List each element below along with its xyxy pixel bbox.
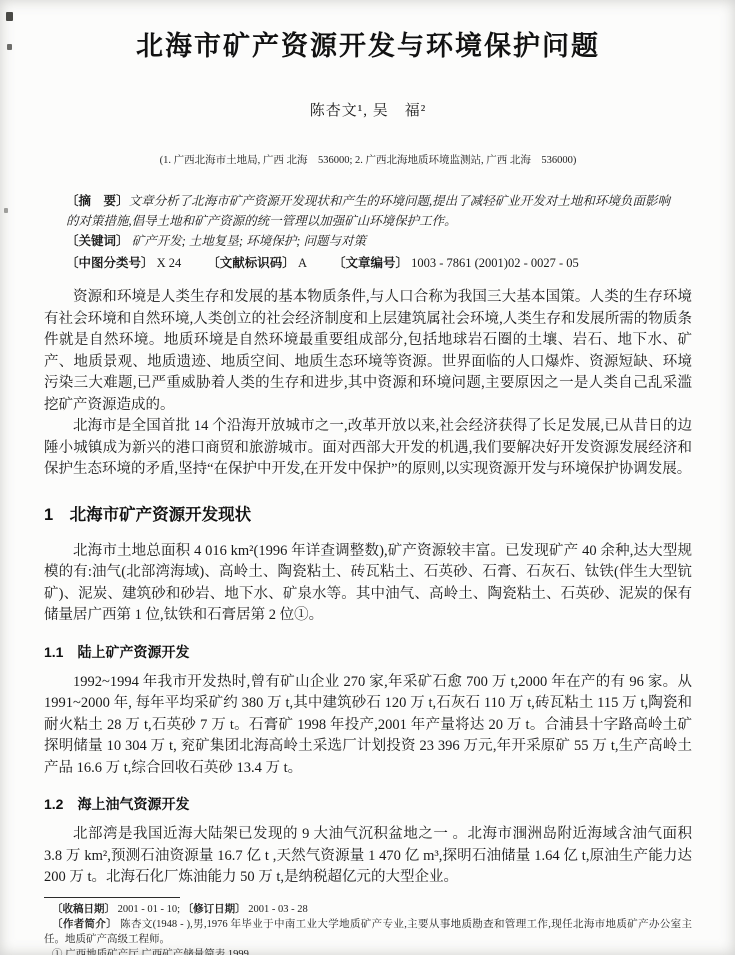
received-date-label: 〔收稿日期〕 xyxy=(52,903,115,915)
author-bio-text: 陈杏文(1948 - ),男,1976 年毕业于中南工业大学地质矿产专业,主要从… xyxy=(44,919,692,945)
classification-row: 〔中图分类号〕 X 24〔文献标识码〕 A〔文章编号〕 1003 - 7861 … xyxy=(66,253,670,273)
author-bio-line: 〔作者简介〕 陈杏文(1948 - ),男,1976 年毕业于中南工业大学地质矿… xyxy=(44,917,692,947)
subsection-heading-1-1: 1.1 陆上矿产资源开发 xyxy=(44,642,692,662)
doc-code-label: 〔文献标识码〕 xyxy=(207,256,295,270)
authors-line: 陈杏文¹, 吴 福² xyxy=(44,99,692,120)
intro-paragraph-1: 资源和环境是人类生存和发展的基本物质条件,与人口合称为我国三大基本国策。人类的生… xyxy=(44,287,692,416)
subsection-1-1-paragraph: 1992~1994 年我市开发热时,曾有矿山企业 270 家,年采矿石愈 700… xyxy=(44,672,692,780)
received-date-value: 2001 - 01 - 10; xyxy=(118,904,180,915)
subsection-1-1-body: 1992~1994 年我市开发热时,曾有矿山企业 270 家,年采矿石愈 700… xyxy=(44,672,692,780)
keywords-row: 〔关键词〕 矿产开发; 土地复垦; 环境保护; 问题与对策 xyxy=(66,231,670,251)
subsection-heading-1-2: 1.2 海上油气资源开发 xyxy=(44,794,692,814)
scan-smudge xyxy=(4,208,8,213)
abstract-label: 〔摘 要〕 xyxy=(66,194,129,208)
subsection-1-2-body: 北部湾是我国近海大陆架已发现的 9 大油气沉积盆地之一 。北海市涠洲岛附近海域含… xyxy=(44,824,692,889)
introduction: 资源和环境是人类生存和发展的基本物质条件,与人口合称为我国三大基本国策。人类的生… xyxy=(44,287,692,481)
paper-page: 北海市矿产资源开发与环境保护问题 陈杏文¹, 吴 福² (1. 广西北海市土地局… xyxy=(0,0,735,955)
page-content: 北海市矿产资源开发与环境保护问题 陈杏文¹, 吴 福² (1. 广西北海市土地局… xyxy=(44,24,692,955)
keywords-text: 矿产开发; 土地复垦; 环境保护; 问题与对策 xyxy=(132,234,366,248)
footnote-reference: ① 广西地质矿产厅,广西矿产储量简表,1999。 xyxy=(44,947,692,955)
revised-date-label: 〔修订日期〕 xyxy=(183,903,246,915)
abstract-text: 文章分析了北海市矿产资源开发现状和产生的环境问题,提出了减轻矿业开发对土地和环境… xyxy=(66,194,670,228)
affiliation-line: (1. 广西北海市土地局, 广西 北海 536000; 2. 广西北海地质环境监… xyxy=(44,152,692,167)
scan-smudge xyxy=(6,12,13,21)
dates-line: 〔收稿日期〕 2001 - 01 - 10; 〔修订日期〕 2001 - 03 … xyxy=(44,902,692,917)
article-meta-block: 〔摘 要〕文章分析了北海市矿产资源开发现状和产生的环境问题,提出了减轻矿业开发对… xyxy=(66,191,670,273)
doc-code-value: A xyxy=(298,256,307,270)
scan-smudge xyxy=(7,44,12,50)
footnotes: 〔收稿日期〕 2001 - 01 - 10; 〔修订日期〕 2001 - 03 … xyxy=(44,902,692,955)
revised-date-value: 2001 - 03 - 28 xyxy=(248,904,308,915)
clc-label: 〔中图分类号〕 xyxy=(66,256,154,270)
intro-paragraph-2: 北海市是全国首批 14 个沿海开放城市之一,改革开放以来,社会经济获得了长足发展… xyxy=(44,416,692,481)
page-title: 北海市矿产资源开发与环境保护问题 xyxy=(44,24,692,63)
subsection-1-2-paragraph: 北部湾是我国近海大陆架已发现的 9 大油气沉积盆地之一 。北海市涠洲岛附近海域含… xyxy=(44,824,692,889)
author-bio-label: 〔作者简介〕 xyxy=(52,918,117,930)
keywords-label: 〔关键词〕 xyxy=(66,234,129,248)
clc-value: X 24 xyxy=(157,256,182,270)
section-1-paragraph: 北海市土地总面积 4 016 km²(1996 年详查调整数),矿产资源较丰富。… xyxy=(44,541,692,627)
abstract-row: 〔摘 要〕文章分析了北海市矿产资源开发现状和产生的环境问题,提出了减轻矿业开发对… xyxy=(66,191,670,231)
article-id-value: 1003 - 7861 (2001)02 - 0027 - 05 xyxy=(411,256,579,270)
section-1-body: 北海市土地总面积 4 016 km²(1996 年详查调整数),矿产资源较丰富。… xyxy=(44,541,692,627)
article-id-label: 〔文章编号〕 xyxy=(333,256,408,270)
section-heading-1: 1 北海市矿产资源开发现状 xyxy=(44,501,692,525)
footnote-divider xyxy=(44,897,180,898)
